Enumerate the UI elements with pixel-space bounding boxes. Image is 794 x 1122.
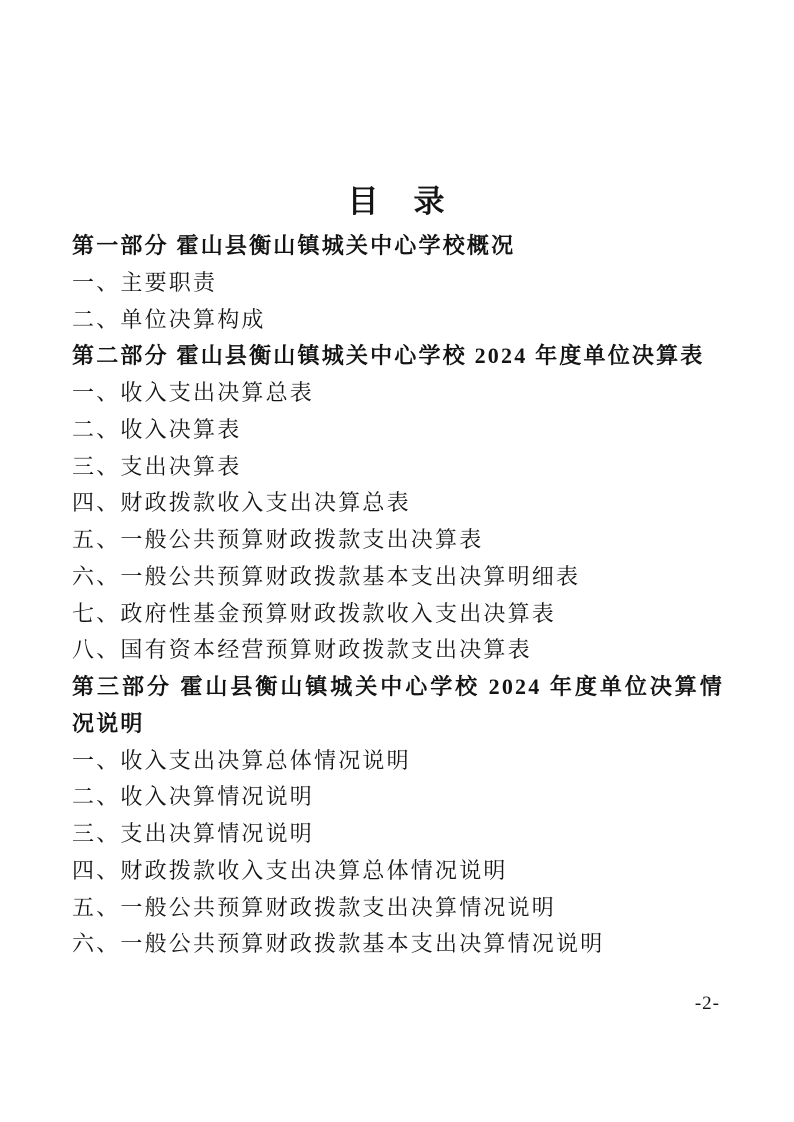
toc-section-1-heading: 第一部分 霍山县衡山镇城关中心学校概况	[72, 228, 724, 265]
toc-item: 七、政府性基金预算财政拨款收入支出决算表	[72, 596, 724, 633]
toc-item: 四、财政拨款收入支出决算总表	[72, 485, 724, 522]
toc-item: 二、单位决算构成	[72, 302, 724, 339]
toc-item: 一、主要职责	[72, 265, 724, 302]
toc-section-2-heading: 第二部分 霍山县衡山镇城关中心学校 2024 年度单位决算表	[72, 338, 724, 375]
toc-item: 一、收入支出决算总表	[72, 375, 724, 412]
toc-section-3-heading-line-1: 第三部分 霍山县衡山镇城关中心学校 2024 年度单位决算情	[72, 669, 724, 706]
toc-item: 三、支出决算表	[72, 449, 724, 486]
document-page: 目 录 第一部分 霍山县衡山镇城关中心学校概况 一、主要职责 二、单位决算构成 …	[0, 0, 794, 1122]
toc-item: 四、财政拨款收入支出决算总体情况说明	[72, 853, 724, 890]
toc-item: 六、一般公共预算财政拨款基本支出决算明细表	[72, 559, 724, 596]
page-title: 目 录	[0, 182, 794, 222]
table-of-contents: 第一部分 霍山县衡山镇城关中心学校概况 一、主要职责 二、单位决算构成 第二部分…	[72, 228, 724, 963]
toc-item: 六、一般公共预算财政拨款基本支出决算情况说明	[72, 926, 724, 963]
toc-item: 五、一般公共预算财政拨款支出决算表	[72, 522, 724, 559]
toc-item: 五、一般公共预算财政拨款支出决算情况说明	[72, 890, 724, 927]
toc-item: 二、收入决算情况说明	[72, 779, 724, 816]
toc-item: 一、收入支出决算总体情况说明	[72, 743, 724, 780]
toc-item: 八、国有资本经营预算财政拨款支出决算表	[72, 632, 724, 669]
page-number: -2-	[695, 993, 720, 1015]
toc-item: 二、收入决算表	[72, 412, 724, 449]
toc-section-3-heading-line-2: 况说明	[72, 706, 724, 743]
toc-item: 三、支出决算情况说明	[72, 816, 724, 853]
